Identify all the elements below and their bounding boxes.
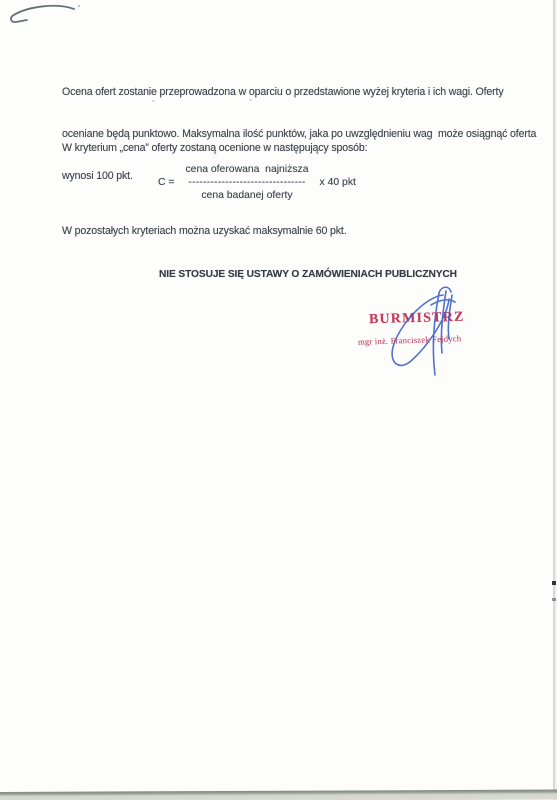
signature-scribble-icon	[383, 281, 475, 385]
formula-fraction: cena oferowana najniższa ---------------…	[185, 163, 308, 202]
formula-multiplier: x 40 pkt	[320, 177, 356, 188]
scan-edge-nick	[552, 598, 556, 601]
scan-edge-bottom	[0, 790, 557, 800]
pen-mark-artifact-icon	[2, 1, 86, 29]
formula-fraction-bar: --------------------------------	[188, 176, 305, 189]
paragraph-evaluation-line2: oceniane będą punktowo. Maksymalna ilość…	[62, 127, 536, 141]
notice-public-procurement: NIE STOSUJE SIĘ USTAWY O ZAMÓWIENIACH PU…	[159, 269, 457, 280]
formula-price-score: C = cena oferowana najniższa -----------…	[158, 163, 356, 202]
scan-speck	[249, 99, 252, 101]
paragraph-other-criteria: W pozostałych kryteriach można uzyskać m…	[62, 224, 347, 238]
formula-numerator: cena oferowana najniższa	[185, 163, 308, 176]
scan-speck	[152, 100, 155, 102]
formula-denominator: cena badanej oferty	[201, 189, 292, 202]
scanned-document-page: Ocena ofert zostanie przeprowadzona w op…	[0, 0, 557, 800]
formula-lhs: C =	[158, 177, 174, 188]
scan-edge-nick	[552, 581, 556, 585]
paragraph-criterion-cena: W kryterium „cena” oferty zostaną ocenio…	[62, 141, 367, 155]
scan-edge-right	[553, 0, 555, 800]
paragraph-evaluation-line1: Ocena ofert zostanie przeprowadzona w op…	[62, 85, 536, 99]
